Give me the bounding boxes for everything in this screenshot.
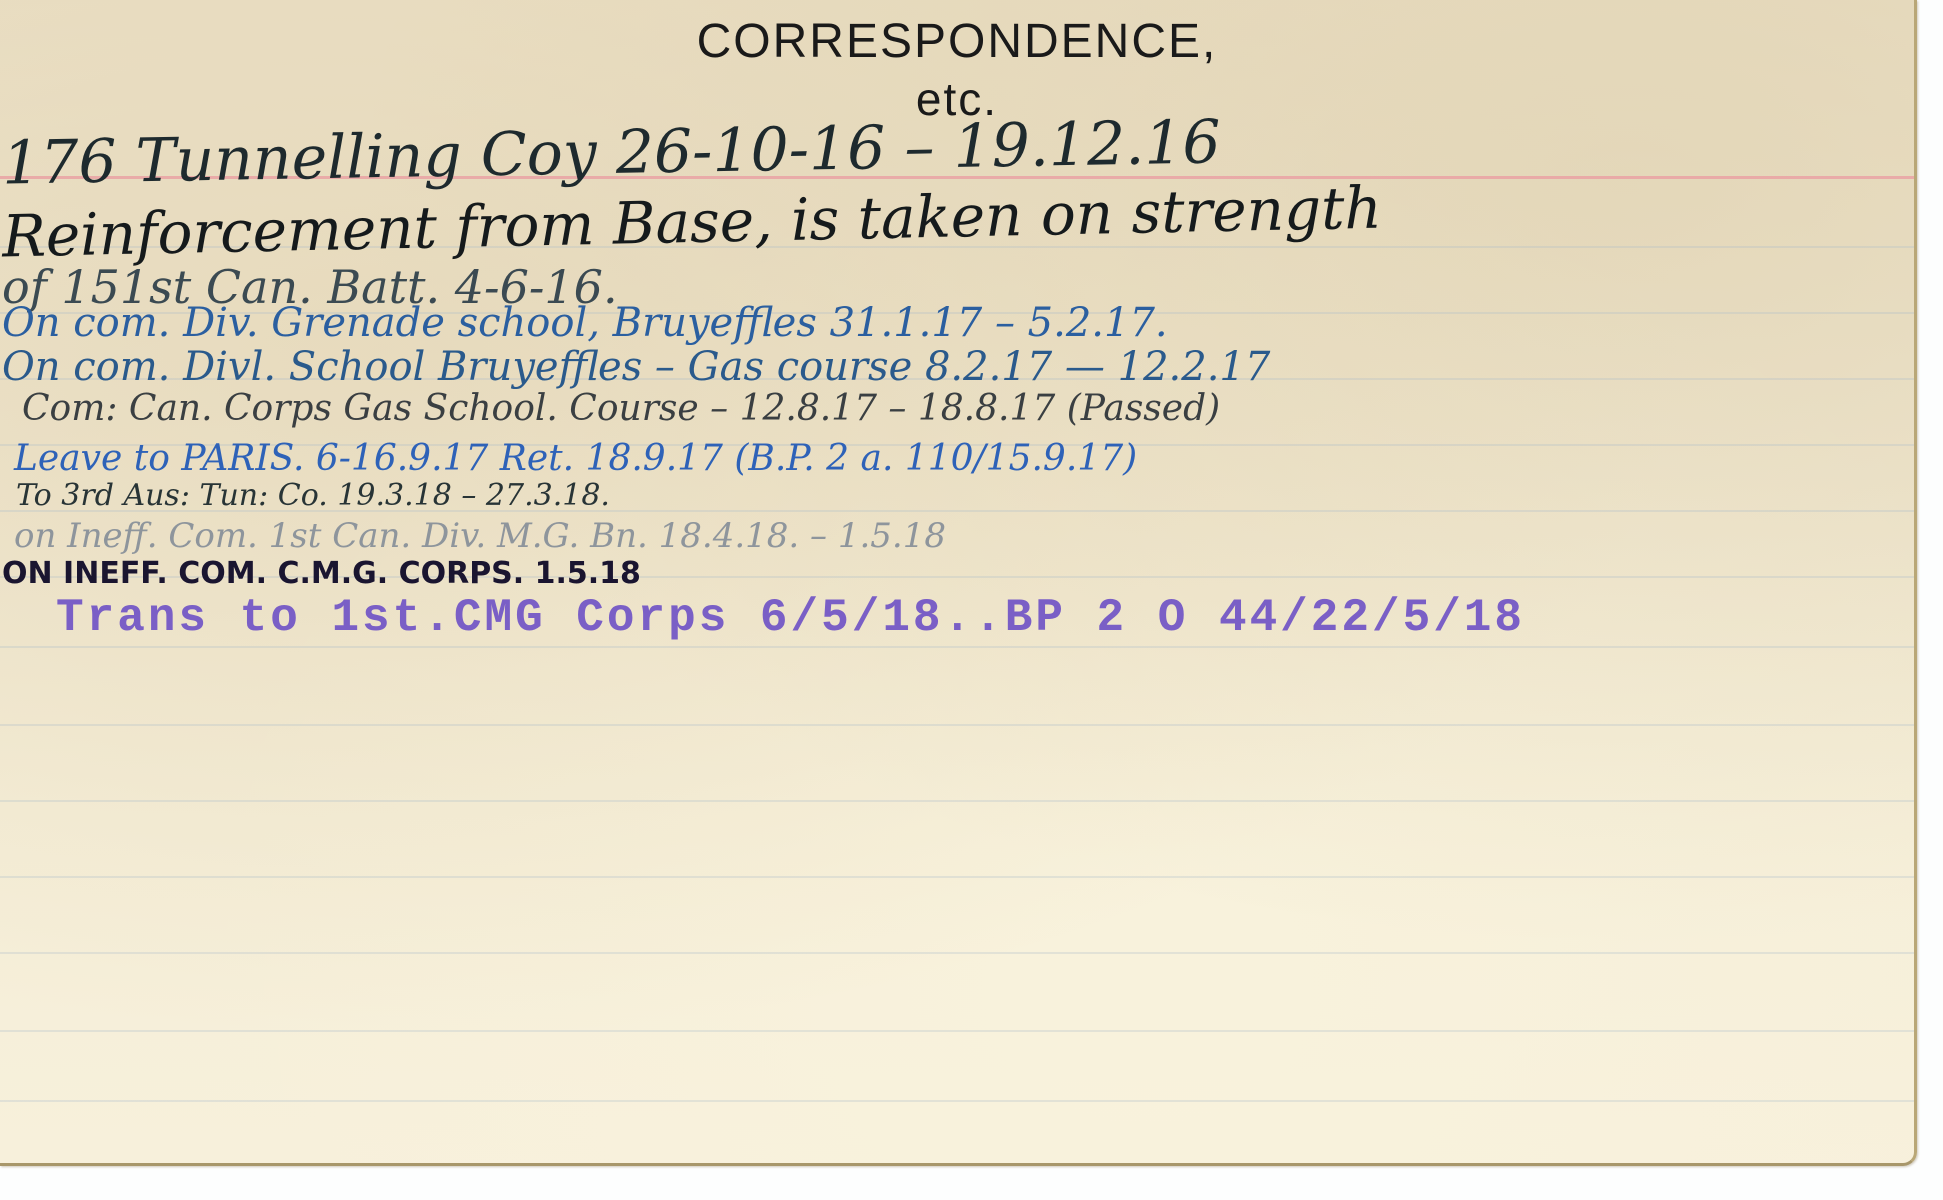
ruled-line	[0, 800, 1914, 802]
record-card: CORRESPONDENCE, etc. 176 Tunnelling Coy …	[0, 0, 1917, 1166]
ruled-line	[0, 724, 1914, 726]
entry-gas-course: On com. Divl. School Bruyeffles – Gas co…	[2, 344, 1270, 390]
card-title: CORRESPONDENCE,	[0, 14, 1914, 69]
entry-ineff-cmg-corps: ON INEFF. COM. C.M.G. CORPS. 1.5.18	[2, 556, 641, 591]
ruled-line	[0, 1100, 1914, 1102]
ruled-line	[0, 952, 1914, 954]
ruled-line	[0, 1030, 1914, 1032]
entry-ineff-mg-bn: on Ineff. Com. 1st Can. Div. M.G. Bn. 18…	[14, 516, 946, 556]
ruled-line	[0, 646, 1914, 648]
entry-aus-tun-co: To 3rd Aus: Tun: Co. 19.3.18 – 27.3.18.	[16, 478, 610, 513]
entry-corps-gas-school: Com: Can. Corps Gas School. Course – 12.…	[22, 388, 1220, 429]
ruled-line	[0, 876, 1914, 878]
typed-entry-transfer: Trans to 1st.CMG Corps 6/5/18..BP 2 O 44…	[56, 592, 1525, 644]
entry-grenade-school: On com. Div. Grenade school, Bruyeffles …	[2, 300, 1168, 346]
entry-leave-paris: Leave to PARIS. 6-16.9.17 Ret. 18.9.17 (…	[14, 438, 1137, 479]
